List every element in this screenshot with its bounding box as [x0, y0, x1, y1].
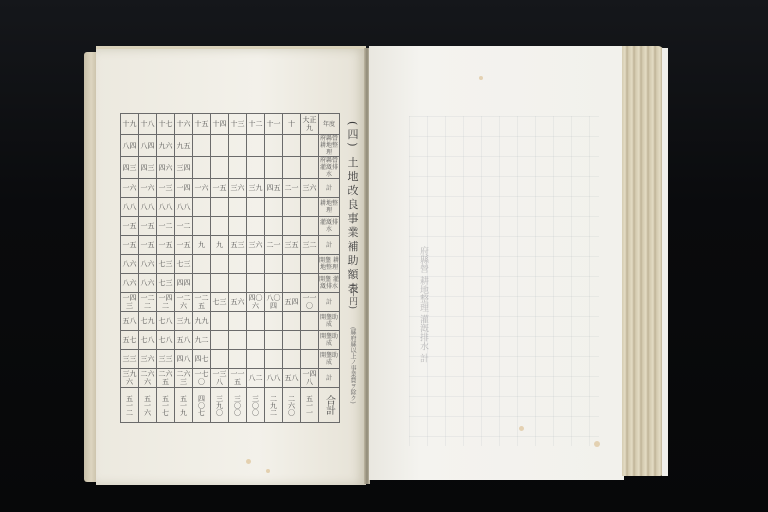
stain	[246, 459, 251, 464]
table-cell	[301, 350, 319, 369]
table-unit: (千円)	[346, 284, 359, 309]
table-cell: 一六	[139, 179, 157, 198]
table-cell: 一三	[157, 179, 175, 198]
table-cell: 二一	[283, 179, 301, 198]
open-book: 十九十八十七十六十五十四十三十二十一十大正九年度八四八四九六九五府縣營 耕地整理…	[84, 42, 670, 486]
table-cell: 三九	[247, 179, 265, 198]
row-label: 開墾助成	[319, 312, 340, 331]
table-cell: 七九	[139, 312, 157, 331]
table-cell: 三五	[283, 236, 301, 255]
table-cell	[247, 274, 265, 293]
table-cell: 一五	[211, 179, 229, 198]
table-cell	[229, 350, 247, 369]
table-cell	[247, 157, 265, 179]
table-cell	[301, 217, 319, 236]
table-cell: 三九六	[121, 369, 139, 388]
table-cell	[265, 255, 283, 274]
table-cell: 一一〇	[301, 293, 319, 312]
table-cell: 三六	[301, 179, 319, 198]
year-header: 十三	[229, 114, 247, 135]
table-cell: 七三	[175, 255, 193, 274]
table-row: 八六八六七三四四開墾 灌漑排水	[121, 274, 340, 293]
table-row: 八八八八八八八八耕地整理	[121, 198, 340, 217]
table-cell: 八八	[175, 198, 193, 217]
stain	[266, 469, 270, 473]
table-cell	[211, 274, 229, 293]
table-cell: 一五	[121, 236, 139, 255]
table-cell	[211, 331, 229, 350]
year-header: 十	[283, 114, 301, 135]
table-cell	[283, 255, 301, 274]
table-cell	[265, 217, 283, 236]
table-cell	[301, 331, 319, 350]
table-cell	[247, 255, 265, 274]
table-cell	[229, 157, 247, 179]
table-cell	[265, 274, 283, 293]
table-cell	[193, 157, 211, 179]
table-row: 三三三六三三四八四七開墾助成	[121, 350, 340, 369]
table-row: 三九六二六六二六五二六三一七〇一三八一一五八二八八五八一四八計	[121, 369, 340, 388]
row-label: 開墾 耕地整理	[319, 255, 340, 274]
table-cell	[301, 274, 319, 293]
row-label: 計	[319, 293, 340, 312]
table-cell	[265, 198, 283, 217]
table-cell: 八八	[265, 369, 283, 388]
table-cell: 三六	[139, 350, 157, 369]
table-cell	[229, 255, 247, 274]
table-row: 八六八六七三七三開墾 耕地整理	[121, 255, 340, 274]
table-row: 五八七九七八三九九九開墾助成	[121, 312, 340, 331]
table-cell	[247, 217, 265, 236]
table-cell: 七三	[157, 274, 175, 293]
table-cell: 八二	[247, 369, 265, 388]
row-label: 開墾助成	[319, 331, 340, 350]
table-cell: 一五	[139, 236, 157, 255]
total-label: 合計	[319, 388, 340, 423]
table-cell	[247, 350, 265, 369]
right-page: 府縣營 耕地整理 灌漑排水 計	[369, 46, 624, 480]
table-cell: 八四	[121, 135, 139, 157]
table-cell	[229, 312, 247, 331]
table-cell	[283, 331, 301, 350]
table-cell	[283, 350, 301, 369]
total-cell: 三〇〇	[229, 388, 247, 423]
table-cell	[283, 135, 301, 157]
table-cell: 八六	[121, 255, 139, 274]
table-cell	[229, 198, 247, 217]
table-cell	[301, 157, 319, 179]
table-cell: 九	[193, 236, 211, 255]
table-cell: 三二	[301, 236, 319, 255]
table-cell: 九	[211, 236, 229, 255]
table-cell	[211, 157, 229, 179]
table-cell	[211, 350, 229, 369]
table-cell: 五八	[175, 331, 193, 350]
table-cell: 二六六	[139, 369, 157, 388]
table-cell: 五七	[121, 331, 139, 350]
year-header: 十五	[193, 114, 211, 135]
year-header: 十六	[175, 114, 193, 135]
table-cell	[193, 135, 211, 157]
table-cell: 三三	[157, 350, 175, 369]
table-cell: 四四	[175, 274, 193, 293]
row-label: 計	[319, 369, 340, 388]
table-cell: 八〇四	[265, 293, 283, 312]
table-cell: 一三八	[211, 369, 229, 388]
total-cell: 三〇〇	[247, 388, 265, 423]
total-cell: 五一二	[121, 388, 139, 423]
table-cell: 八六	[139, 255, 157, 274]
table-cell: 五八	[283, 369, 301, 388]
year-header: 大正九	[301, 114, 319, 135]
table-cell: 八六	[121, 274, 139, 293]
row-label: 開墾助成	[319, 350, 340, 369]
total-cell: 四〇七	[193, 388, 211, 423]
table-cell	[301, 312, 319, 331]
table-cell	[283, 157, 301, 179]
bleed-through-text: 府縣營 耕地整理 灌漑排水 計	[414, 246, 428, 363]
stain	[594, 441, 600, 447]
right-page-edges	[622, 46, 664, 476]
table-cell: 四八	[175, 350, 193, 369]
table-cell	[265, 157, 283, 179]
year-header: 十二	[247, 114, 265, 135]
table-cell: 四三	[139, 157, 157, 179]
table-cell	[211, 312, 229, 331]
table-cell	[211, 217, 229, 236]
table-cell	[301, 255, 319, 274]
table-cell: 三三	[121, 350, 139, 369]
table-cell: 一四	[175, 179, 193, 198]
table-cell: 八八	[139, 198, 157, 217]
table-cell: 九五	[175, 135, 193, 157]
table-cell: 一二	[175, 217, 193, 236]
table-cell: 七三	[211, 293, 229, 312]
table-cell	[283, 274, 301, 293]
header-row: 十九十八十七十六十五十四十三十二十一十大正九年度	[121, 114, 340, 135]
table-cell: 三四	[175, 157, 193, 179]
table-cell	[193, 198, 211, 217]
table-cell	[211, 135, 229, 157]
table-cell	[283, 217, 301, 236]
row-label: 府縣營 灌漑排水	[319, 157, 340, 179]
table-cell	[193, 217, 211, 236]
table-cell	[193, 274, 211, 293]
total-row: 五一二五一六五一七五一九四〇七三九〇三〇〇三〇〇二九二二六〇五一一合計	[121, 388, 340, 423]
table-row: 五七七八七八五八九二開墾助成	[121, 331, 340, 350]
table-cell: 五三	[229, 236, 247, 255]
left-page: 十九十八十七十六十五十四十三十二十一十大正九年度八四八四九六九五府縣營 耕地整理…	[96, 46, 366, 485]
table-cell	[193, 255, 211, 274]
total-cell: 五一七	[157, 388, 175, 423]
table-cell: 一一五	[229, 369, 247, 388]
table-cell: 一六	[193, 179, 211, 198]
row-label: 耕地整理	[319, 198, 340, 217]
year-header: 十四	[211, 114, 229, 135]
table-cell	[247, 331, 265, 350]
table-cell: 二一	[265, 236, 283, 255]
year-header: 十八	[139, 114, 157, 135]
table-cell: 一四三	[121, 293, 139, 312]
table-cell	[301, 198, 319, 217]
table-cell: 一四八	[301, 369, 319, 388]
table-cell: 七三	[157, 255, 175, 274]
table-cell: 四〇六	[247, 293, 265, 312]
table-cell: 九二	[193, 331, 211, 350]
table-cell: 五四	[283, 293, 301, 312]
table-cell: 一五	[175, 236, 193, 255]
table-title: (四) 土地改良事業補助額表	[346, 121, 360, 296]
subsidy-table: 十九十八十七十六十五十四十三十二十一十大正九年度八四八四九六九五府縣營 耕地整理…	[120, 113, 340, 423]
table-cell: 一五	[121, 217, 139, 236]
table-cell: 八八	[121, 198, 139, 217]
table-cell	[211, 198, 229, 217]
table-row: 一六一六一三一四一六一五三六三九四五二一三六計	[121, 179, 340, 198]
table-cell	[265, 331, 283, 350]
table-cell: 五八	[121, 312, 139, 331]
row-label: 灌漑排水	[319, 217, 340, 236]
table-cell: 二六三	[175, 369, 193, 388]
table-cell: 一六	[121, 179, 139, 198]
year-header: 十一	[265, 114, 283, 135]
corner-header: 年度	[319, 114, 340, 135]
table-cell: 八四	[139, 135, 157, 157]
total-cell: 二九二	[265, 388, 283, 423]
table-cell	[229, 331, 247, 350]
table-cell: 七八	[157, 312, 175, 331]
table-cell: 一二五	[193, 293, 211, 312]
table-cell	[247, 198, 265, 217]
table-row: 一五一五一五一五九九五三三六二一三五三二計	[121, 236, 340, 255]
table-cell	[211, 255, 229, 274]
stain	[519, 426, 524, 431]
table-row: 八四八四九六九五府縣營 耕地整理	[121, 135, 340, 157]
table-cell: 七八	[139, 331, 157, 350]
table-cell: 七八	[157, 331, 175, 350]
total-cell: 五一一	[301, 388, 319, 423]
faint-grid	[409, 116, 599, 446]
table-cell: 二六五	[157, 369, 175, 388]
total-cell: 五一九	[175, 388, 193, 423]
total-cell: 二六〇	[283, 388, 301, 423]
table-cell: 三九	[175, 312, 193, 331]
table-cell: 四六	[157, 157, 175, 179]
table-cell: 一二六	[175, 293, 193, 312]
table-row: 一五一五一二一二灌漑排水	[121, 217, 340, 236]
table-cell	[265, 312, 283, 331]
stain	[479, 76, 483, 80]
table-cell	[265, 350, 283, 369]
table-cell: 八八	[157, 198, 175, 217]
table-cell: 四五	[265, 179, 283, 198]
table-cell: 三六	[229, 179, 247, 198]
table-cell: 四七	[193, 350, 211, 369]
table-cell	[283, 198, 301, 217]
table-cell	[301, 135, 319, 157]
total-cell: 五一六	[139, 388, 157, 423]
table-cell: 八六	[139, 274, 157, 293]
table-note: (縣府縣以上ノ事業費ヲ除ク)	[348, 327, 357, 404]
table-row: 四三四三四六三四府縣營 灌漑排水	[121, 157, 340, 179]
table-cell: 一二	[157, 217, 175, 236]
table-cell: 一五	[157, 236, 175, 255]
table-cell: 五六	[229, 293, 247, 312]
table-cell: 九六	[157, 135, 175, 157]
table-cell: 一二二	[139, 293, 157, 312]
table-row: 一四三一二二一四二一二六一二五七三五六四〇六八〇四五四一一〇計	[121, 293, 340, 312]
row-label: 計	[319, 179, 340, 198]
right-cover-rim	[662, 48, 668, 476]
table-cell: 三六	[247, 236, 265, 255]
year-header: 十七	[157, 114, 175, 135]
table-cell: 一五	[139, 217, 157, 236]
table-cell: 四三	[121, 157, 139, 179]
table-cell	[247, 312, 265, 331]
row-label: 計	[319, 236, 340, 255]
row-label: 府縣營 耕地整理	[319, 135, 340, 157]
table-cell	[229, 217, 247, 236]
table-cell	[229, 274, 247, 293]
row-label: 開墾 灌漑排水	[319, 274, 340, 293]
table-cell	[283, 312, 301, 331]
table-cell: 九九	[193, 312, 211, 331]
year-header: 十九	[121, 114, 139, 135]
table-cell	[247, 135, 265, 157]
table-cell	[229, 135, 247, 157]
table-cell: 一四二	[157, 293, 175, 312]
table-cell: 一七〇	[193, 369, 211, 388]
total-cell: 三九〇	[211, 388, 229, 423]
table-cell	[265, 135, 283, 157]
